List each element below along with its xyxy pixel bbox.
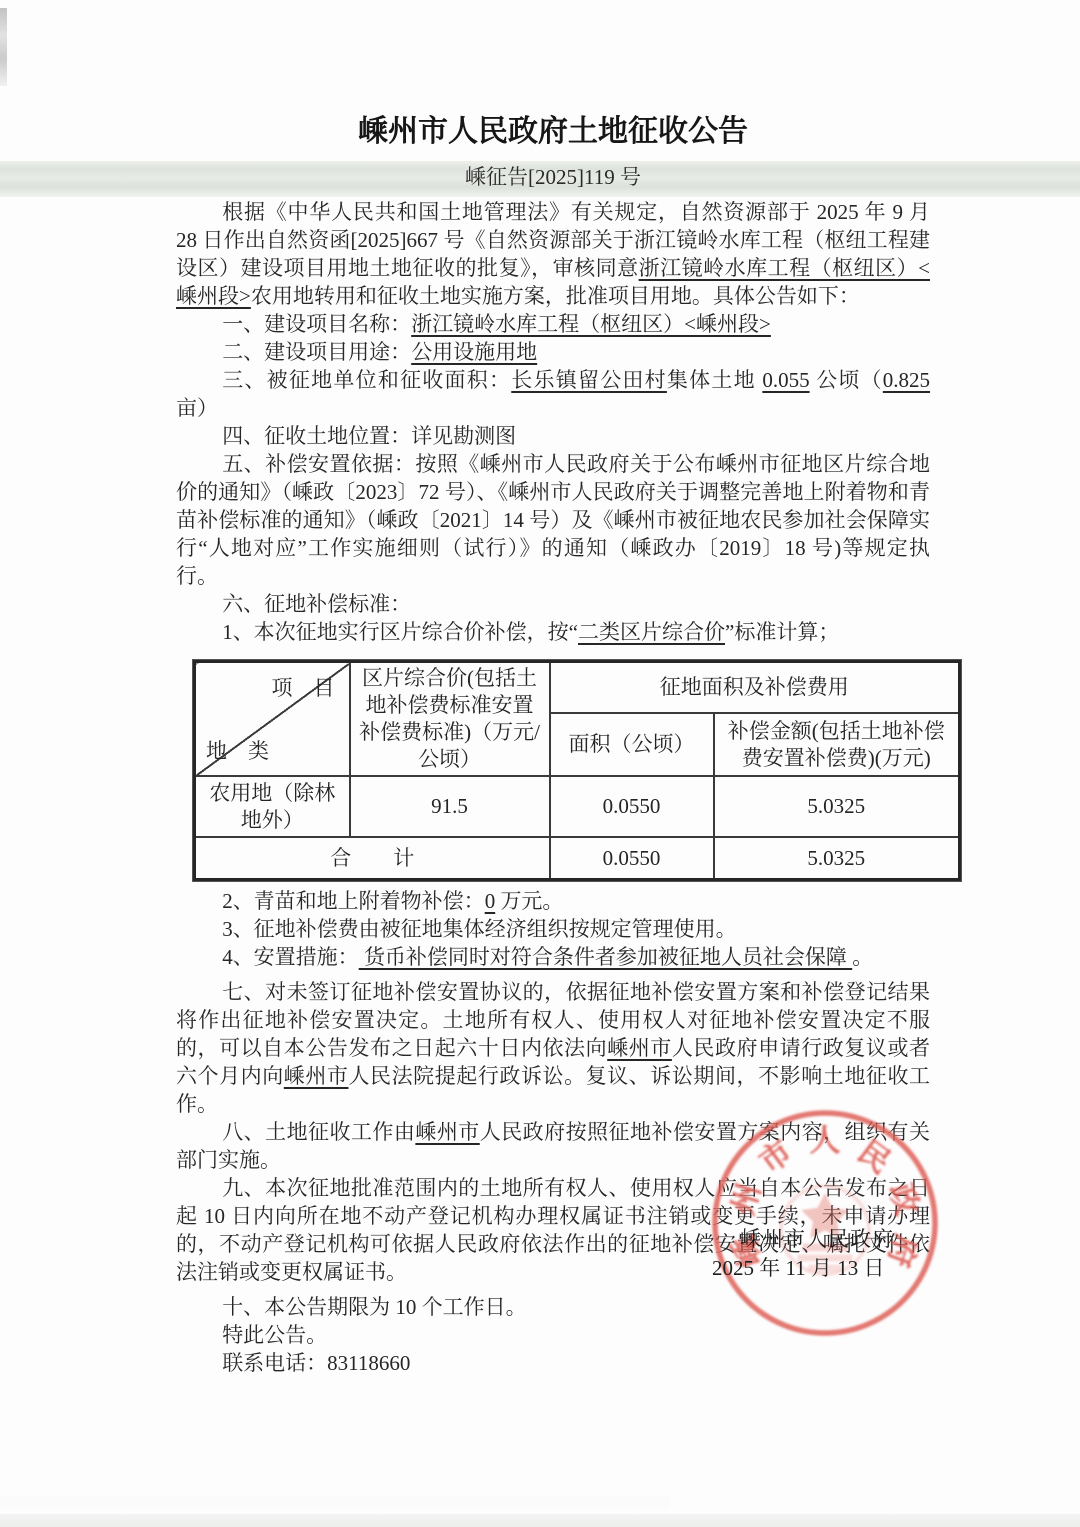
svg-text:市: 市	[753, 1134, 799, 1181]
compensation-table-wrapper: 项 目 地 类 区片综合价(包括土地补偿费标准安置补偿费标准)（万元/公顷） 征…	[193, 660, 930, 881]
svg-text:人: 人	[810, 1123, 841, 1158]
scan-artifact-bottom-band-1	[0, 1497, 670, 1508]
paragraph: 3、征地补偿费由被征地集体经济组织按规定管理使用。	[176, 915, 930, 943]
paragraph: 联系电话：83118660	[176, 1349, 930, 1377]
official-seal: 嵊 州 市 人 民 政 府	[700, 1098, 950, 1348]
scanned-announcement-page: 嵊州市人民政府土地征收公告 嵊征告[2025]119 号 根据《中华人民共和国土…	[0, 0, 1080, 1527]
paragraph: 一、建设项目名称：浙江镜岭水库工程（枢纽区）<嵊州段>	[176, 310, 930, 338]
corner-label-landtype: 地 类	[206, 738, 269, 765]
table-corner-cell: 项 目 地 类	[195, 662, 350, 777]
body-paragraphs-before-table: 根据《中华人民共和国土地管理法》有关规定，自然资源部于 2025 年 9 月 2…	[176, 198, 930, 646]
paragraph: 七、对未签订征地补偿安置协议的，依据征地补偿安置方案和补偿登记结果将作出征地补偿…	[176, 978, 930, 1118]
area-header-cell: 面积（公顷）	[550, 713, 714, 776]
paragraph: 四、征收土地位置：详见勘测图	[176, 422, 930, 450]
signature-issuer: 嵊州市人民政府	[740, 1225, 894, 1253]
svg-text:民: 民	[851, 1134, 897, 1181]
scan-artifact-bottom-band-2	[0, 1514, 1080, 1527]
amount-header-cell: 补偿金额(包括土地补偿费安置补偿费)(万元)	[714, 713, 960, 776]
signature-date: 2025 年 11 月 13 日	[712, 1254, 884, 1282]
svg-text:政: 政	[883, 1179, 925, 1219]
page-title: 嵊州市人民政府土地征收公告	[176, 112, 930, 152]
row-price: 91.5	[350, 776, 550, 837]
scan-artifact-left-strip	[0, 8, 7, 86]
total-label: 合 计	[195, 837, 550, 880]
paragraph: 4、安置措施： 货币补偿同时对符合条件者参加被征地人员社会保障 。	[176, 943, 930, 971]
table-row: 农用地（除林地外） 91.5 0.0550 5.0325	[195, 776, 960, 837]
group-header-cell: 征地面积及补偿费用	[550, 662, 960, 714]
paragraph: 2、青苗和地上附着物补偿：0 万元。	[176, 887, 930, 915]
paragraph: 二、建设项目用途：公用设施用地	[176, 338, 930, 366]
paragraph: 三、被征地单位和征收面积：长乐镇留公田村集体土地 0.055 公顷（0.825 …	[176, 366, 930, 422]
table-total-row: 合 计 0.0550 5.0325	[195, 837, 960, 880]
paragraph: 六、征地补偿标准：	[176, 590, 930, 618]
row-category: 农用地（除林地外）	[195, 776, 350, 837]
price-header-cell: 区片综合价(包括土地补偿费标准安置补偿费标准)（万元/公顷）	[350, 662, 550, 777]
total-amount: 5.0325	[714, 837, 960, 880]
total-area: 0.0550	[550, 837, 714, 880]
svg-text:州: 州	[725, 1179, 767, 1219]
compensation-table: 项 目 地 类 区片综合价(包括土地补偿费标准安置补偿费标准)（万元/公顷） 征…	[193, 660, 961, 881]
row-amount: 5.0325	[714, 776, 960, 837]
corner-label-project: 项 目	[272, 675, 335, 702]
row-area: 0.0550	[550, 776, 714, 837]
paragraph: 五、补偿安置依据：按照《嵊州市人民政府关于公布嵊州市征地区片综合地价的通知》（嵊…	[176, 450, 930, 590]
paragraph: 根据《中华人民共和国土地管理法》有关规定，自然资源部于 2025 年 9 月 2…	[176, 198, 930, 310]
document-number: 嵊征告[2025]119 号	[176, 162, 930, 192]
paragraph: 1、本次征地实行区片综合价补偿，按“二类区片综合价”标准计算；	[176, 618, 930, 646]
